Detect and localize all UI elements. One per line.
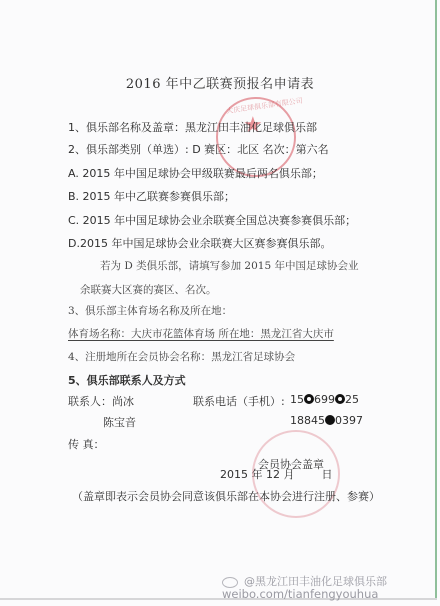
option-c: C. 2015 年中国足球协会业余联赛全国总决赛参赛俱乐部；	[68, 212, 356, 228]
club-category-value: D 赛区：北区 名次：第六名	[192, 143, 328, 156]
footnote: （盖章即表示会员协会同意该俱乐部在本协会进行注册、参赛）	[72, 488, 380, 504]
member-association-label: 4、注册地所在会员协会名称：	[68, 351, 211, 363]
option-b: B. 2015 年中乙联赛参赛俱乐部；	[68, 188, 235, 204]
option-a: A. 2015 年中国足球协会甲级联赛最后两名俱乐部；	[68, 165, 323, 181]
d-category-note-line2: 余联赛大区赛的赛区、名次。	[80, 282, 217, 297]
fax-label: 传 真：	[68, 436, 105, 452]
club-name-value: 黑龙江田丰油化足球俱乐部	[185, 121, 317, 134]
club-category-label: 2、俱乐部类别（单选）:	[68, 143, 189, 156]
contact-name-2: 陈宝音	[103, 414, 136, 430]
stadium-label: 3、俱乐部主体育场名称及所在地：	[68, 303, 232, 318]
club-category-row: 2、俱乐部类别（单选）: D 赛区：北区 名次：第六名	[68, 141, 329, 157]
member-association-row: 4、注册地所在会员协会名称：黑龙江省足球协会	[68, 349, 295, 364]
stadium-value: 体育场名称：大庆市花篮体育场 所在地：黑龙江省大庆市	[68, 326, 334, 341]
redaction-mark	[304, 394, 314, 404]
club-name-label: 1、俱乐部名称及盖章：	[68, 121, 185, 134]
contact-label: 联系人：	[68, 395, 112, 408]
club-stamp-text: 大庆足球俱乐部有限公司	[226, 96, 304, 117]
date-month: 12	[266, 468, 280, 481]
club-name-row: 1、俱乐部名称及盖章：黑龙江田丰油化足球俱乐部	[68, 119, 317, 135]
d-category-note-line1: 若为 D 类俱乐部，请填写参加 2015 年中国足球协会业	[100, 258, 359, 273]
member-association-value: 黑龙江省足球协会	[211, 351, 295, 363]
phone-label: 联系电话（手机）:	[193, 393, 285, 409]
weibo-logo-icon	[222, 577, 238, 588]
date-year: 2015	[220, 468, 248, 481]
contact-row-1: 联系人：尚冰	[68, 393, 134, 409]
contact-name-1: 尚冰	[112, 395, 134, 408]
option-d: D.2015 年中国足球协会业余联赛大区赛参赛俱乐部。	[68, 235, 331, 251]
contact-section-label: 5、俱乐部联系人及方式	[68, 372, 186, 388]
page-title: 2016 年中乙联赛预报名申请表	[0, 73, 440, 92]
phone-1: 1569925	[290, 393, 359, 406]
date-row: 2015 年 12 月 日	[220, 466, 333, 482]
weibo-watermark-url: weibo.com/tianfengyouhua	[222, 587, 378, 601]
phone-2: 188450397	[290, 414, 363, 427]
redaction-mark	[335, 394, 345, 404]
redaction-mark	[325, 415, 335, 425]
document-page: ★ 大庆足球俱乐部有限公司 2016 年中乙联赛预报名申请表 1、俱乐部名称及盖…	[0, 0, 440, 606]
